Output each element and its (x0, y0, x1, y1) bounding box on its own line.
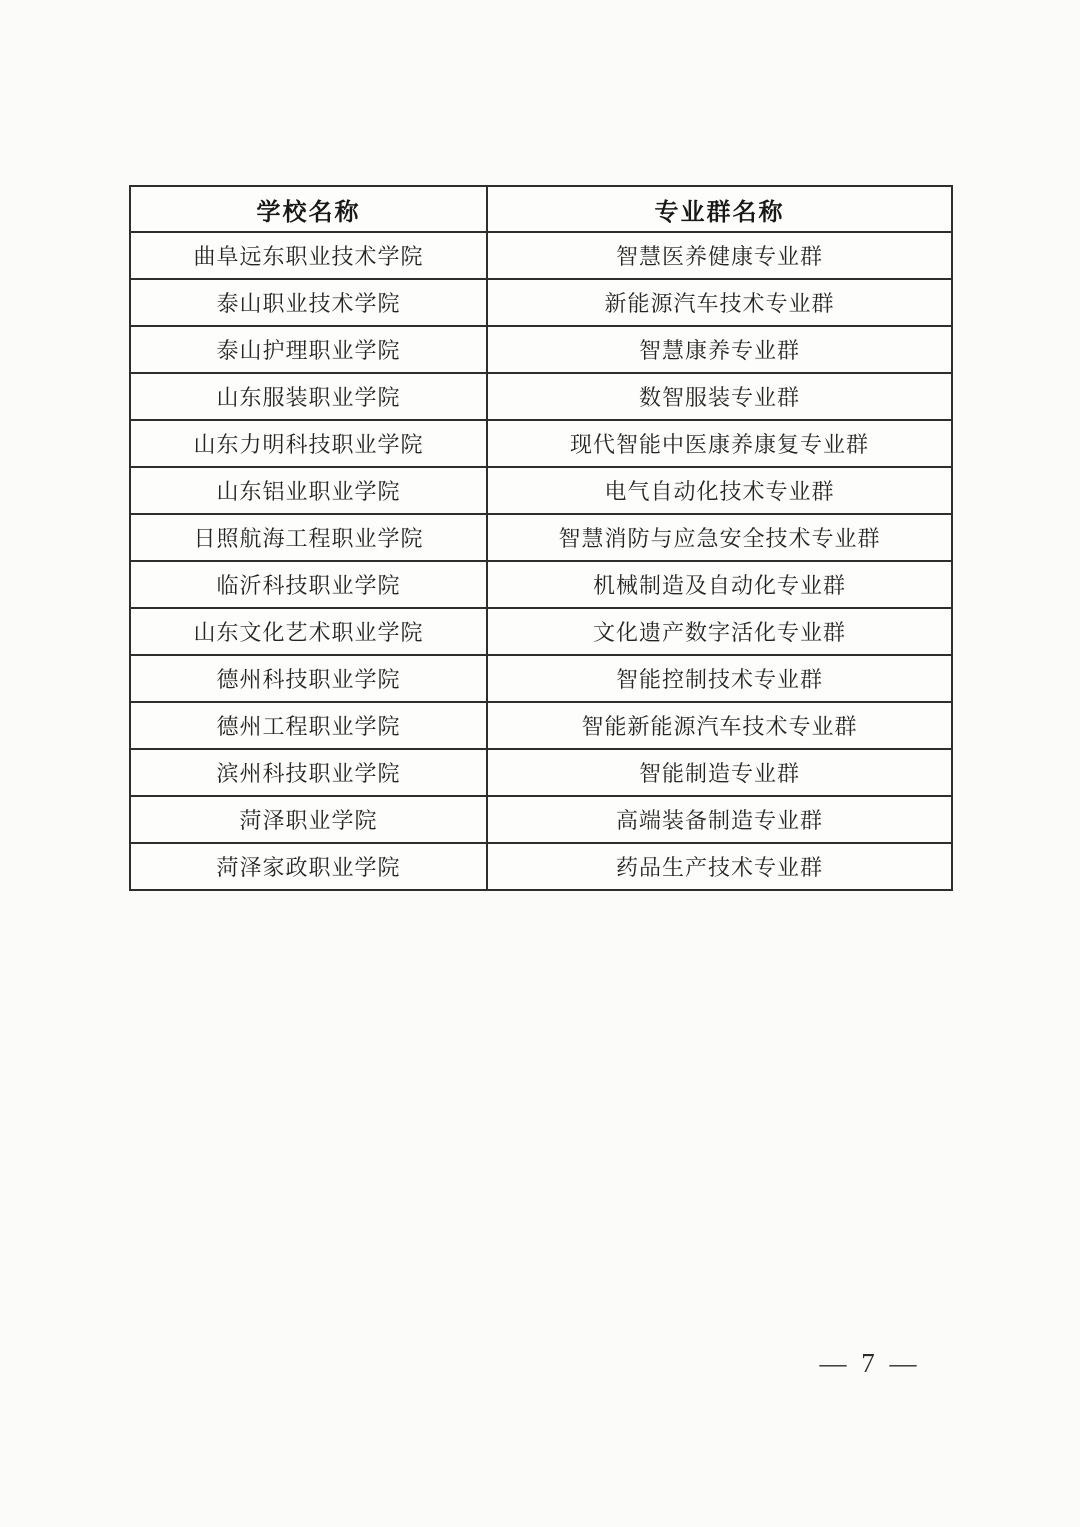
program-group-cell: 机械制造及自动化专业群 (487, 561, 952, 608)
table-row: 菏泽职业学院高端装备制造专业群 (130, 796, 952, 843)
program-group-cell: 智能新能源汽车技术专业群 (487, 702, 952, 749)
program-group-cell: 高端装备制造专业群 (487, 796, 952, 843)
table-row: 临沂科技职业学院机械制造及自动化专业群 (130, 561, 952, 608)
program-group-cell: 智慧康养专业群 (487, 326, 952, 373)
table-header-row: 学校名称 专业群名称 (130, 186, 952, 232)
program-group-cell: 新能源汽车技术专业群 (487, 279, 952, 326)
program-group-cell: 智慧医养健康专业群 (487, 232, 952, 279)
table-row: 菏泽家政职业学院药品生产技术专业群 (130, 843, 952, 890)
header-program-group-name: 专业群名称 (487, 186, 952, 232)
document-page: 学校名称 专业群名称 曲阜远东职业技术学院智慧医养健康专业群泰山职业技术学院新能… (0, 0, 1080, 1527)
table-body: 曲阜远东职业技术学院智慧医养健康专业群泰山职业技术学院新能源汽车技术专业群泰山护… (130, 232, 952, 890)
school-name-cell: 山东力明科技职业学院 (130, 420, 487, 467)
school-program-table: 学校名称 专业群名称 曲阜远东职业技术学院智慧医养健康专业群泰山职业技术学院新能… (129, 185, 953, 891)
school-name-cell: 临沂科技职业学院 (130, 561, 487, 608)
program-group-cell: 智能控制技术专业群 (487, 655, 952, 702)
school-name-cell: 泰山护理职业学院 (130, 326, 487, 373)
program-group-cell: 现代智能中医康养康复专业群 (487, 420, 952, 467)
table-row: 德州科技职业学院智能控制技术专业群 (130, 655, 952, 702)
page-number: — 7 — (800, 1348, 940, 1379)
school-name-cell: 山东文化艺术职业学院 (130, 608, 487, 655)
program-group-cell: 文化遗产数字活化专业群 (487, 608, 952, 655)
table-row: 泰山职业技术学院新能源汽车技术专业群 (130, 279, 952, 326)
program-group-cell: 智慧消防与应急安全技术专业群 (487, 514, 952, 561)
table-row: 山东铝业职业学院电气自动化技术专业群 (130, 467, 952, 514)
school-name-cell: 菏泽家政职业学院 (130, 843, 487, 890)
table-row: 山东力明科技职业学院现代智能中医康养康复专业群 (130, 420, 952, 467)
school-name-cell: 山东铝业职业学院 (130, 467, 487, 514)
header-school-name: 学校名称 (130, 186, 487, 232)
table-row: 滨州科技职业学院智能制造专业群 (130, 749, 952, 796)
program-group-cell: 电气自动化技术专业群 (487, 467, 952, 514)
school-name-cell: 滨州科技职业学院 (130, 749, 487, 796)
school-name-cell: 泰山职业技术学院 (130, 279, 487, 326)
program-group-cell: 数智服装专业群 (487, 373, 952, 420)
school-name-cell: 山东服装职业学院 (130, 373, 487, 420)
table-row: 德州工程职业学院智能新能源汽车技术专业群 (130, 702, 952, 749)
table-row: 泰山护理职业学院智慧康养专业群 (130, 326, 952, 373)
table-row: 日照航海工程职业学院智慧消防与应急安全技术专业群 (130, 514, 952, 561)
school-name-cell: 日照航海工程职业学院 (130, 514, 487, 561)
table-row: 山东服装职业学院数智服装专业群 (130, 373, 952, 420)
program-group-cell: 智能制造专业群 (487, 749, 952, 796)
school-name-cell: 德州工程职业学院 (130, 702, 487, 749)
table-row: 山东文化艺术职业学院文化遗产数字活化专业群 (130, 608, 952, 655)
table-row: 曲阜远东职业技术学院智慧医养健康专业群 (130, 232, 952, 279)
school-name-cell: 曲阜远东职业技术学院 (130, 232, 487, 279)
school-name-cell: 德州科技职业学院 (130, 655, 487, 702)
program-group-cell: 药品生产技术专业群 (487, 843, 952, 890)
school-name-cell: 菏泽职业学院 (130, 796, 487, 843)
